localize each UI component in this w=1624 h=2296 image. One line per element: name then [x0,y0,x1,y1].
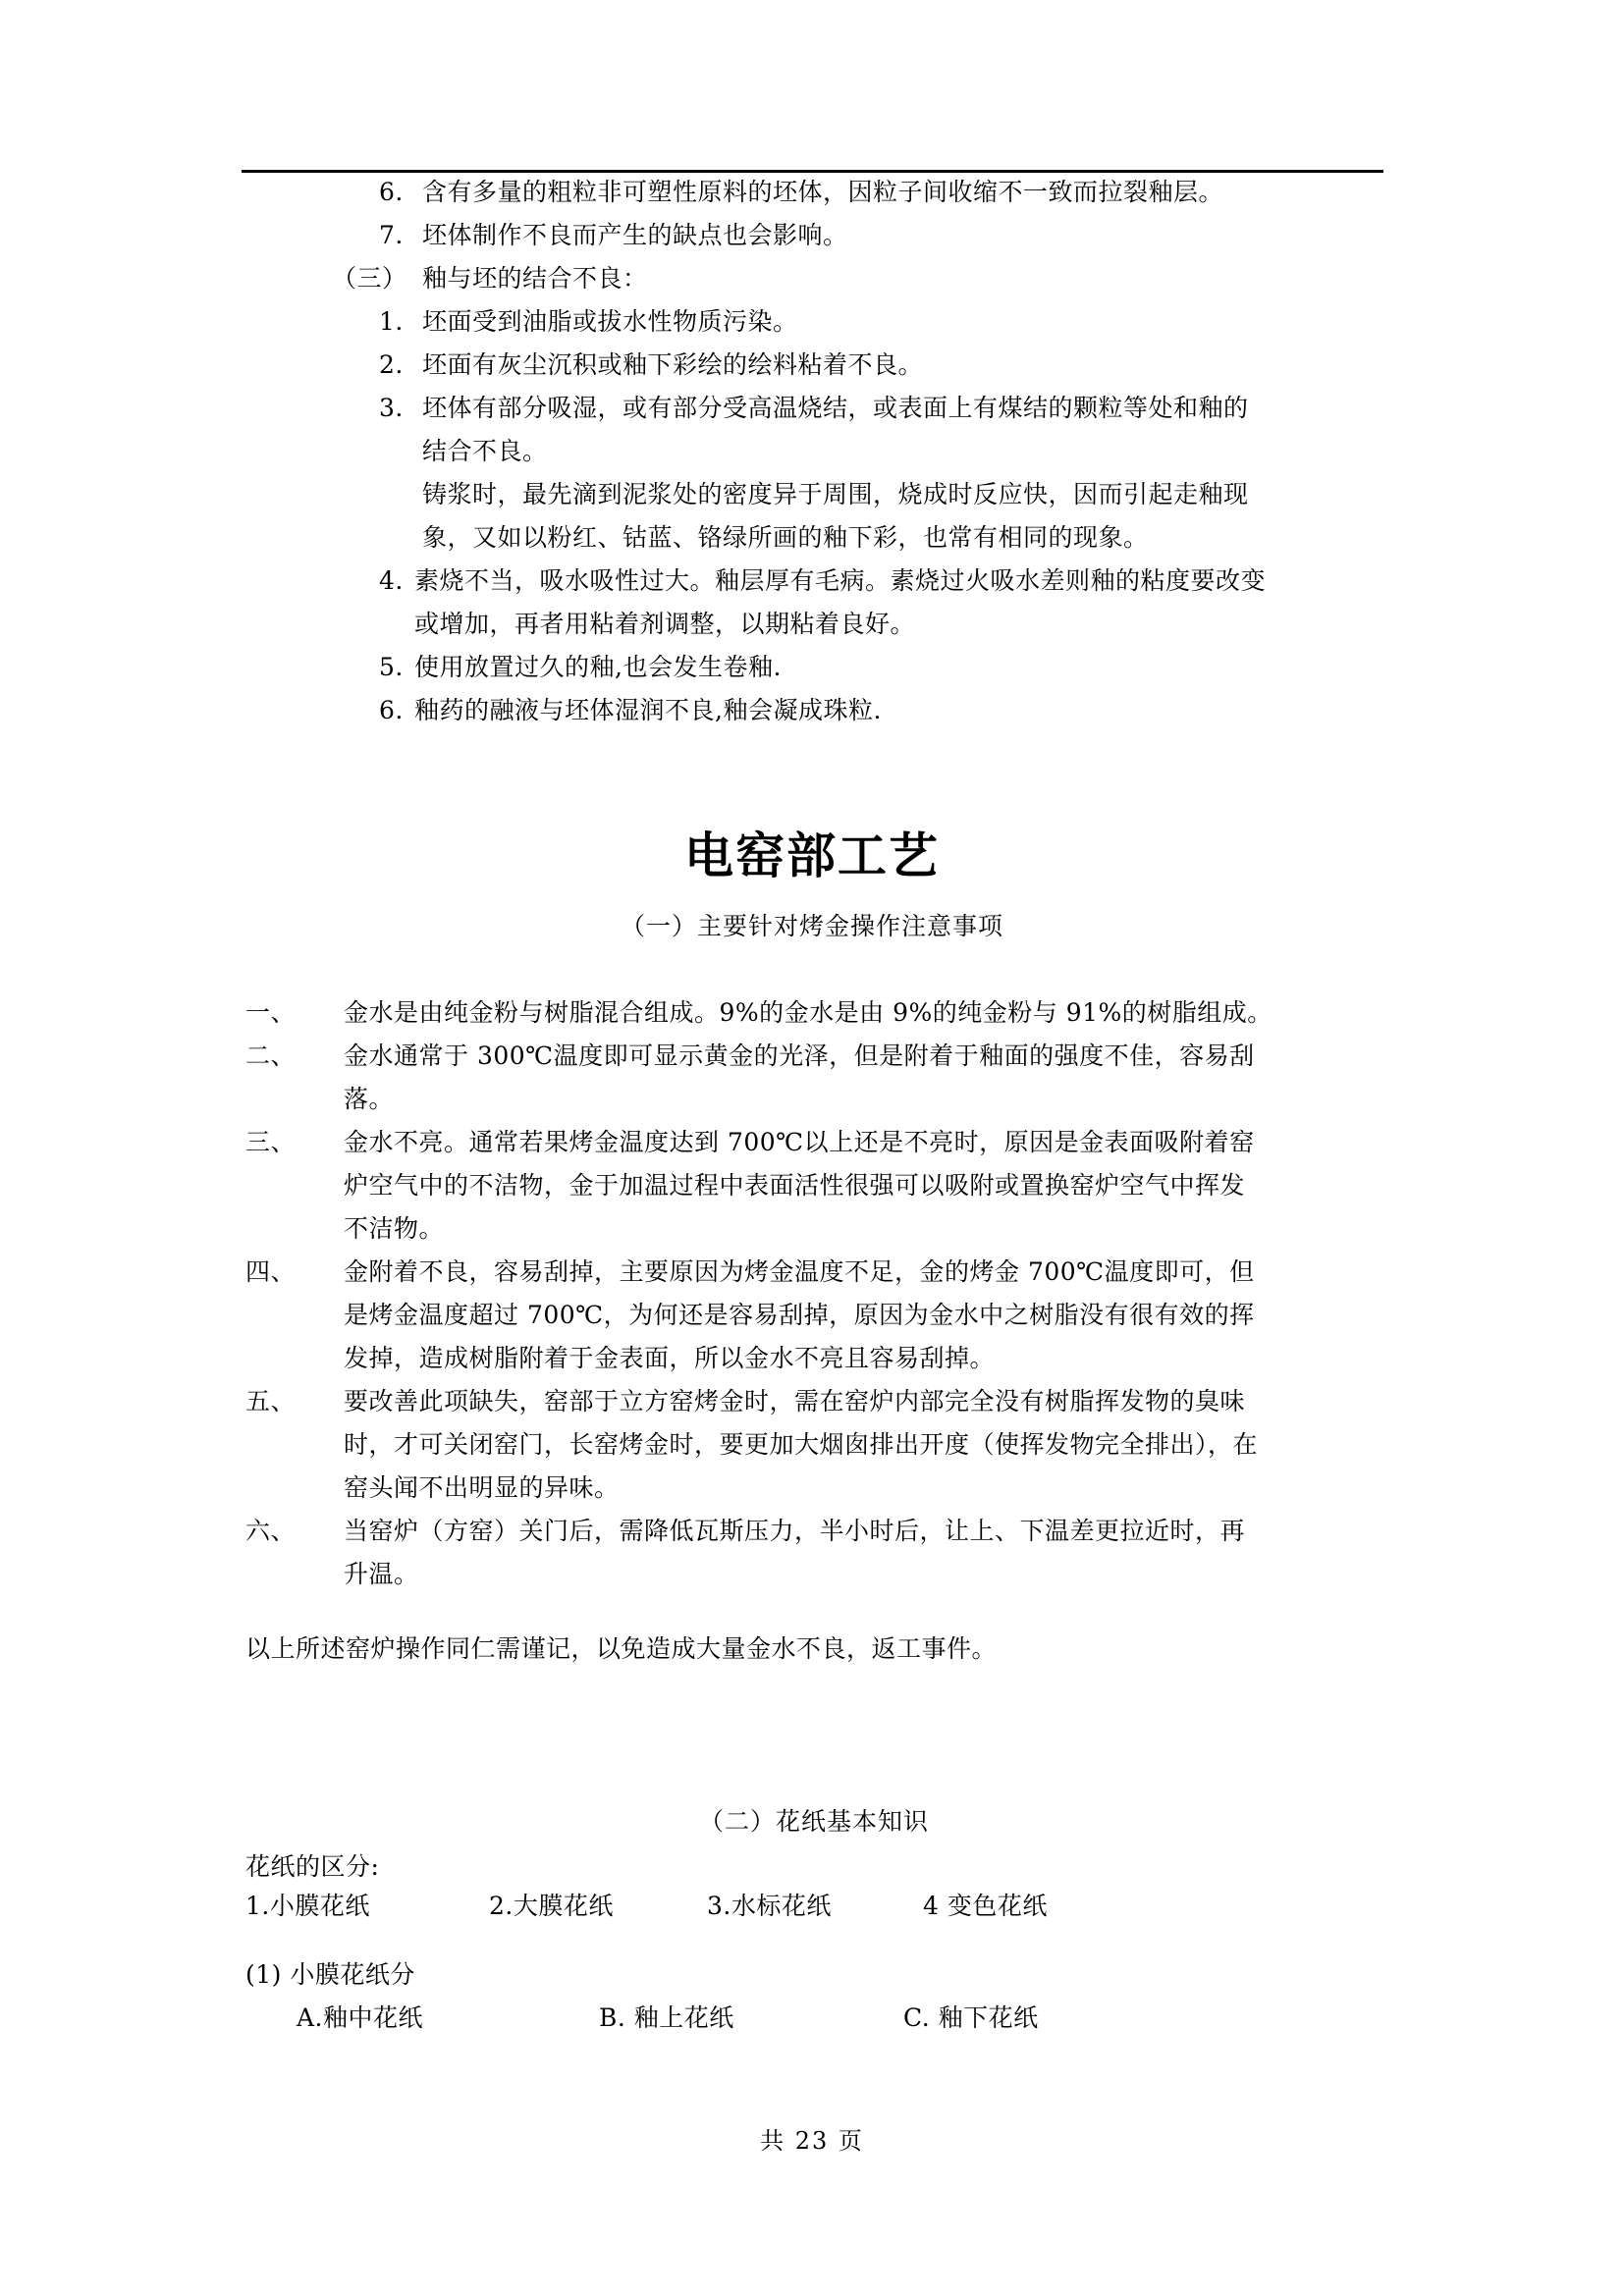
item-text-continuation: 是烤金温度超过 700℃，为何还是容易刮掉，原因为金水中之树脂没有很有效的挥 [344,1300,1255,1331]
list-text: 使用放置过久的釉,也会发生卷釉. [414,653,782,681]
numbered-item: 二、金水通常于 300℃温度即可显示黄金的光泽，但是附着于釉面的强度不佳，容易刮 [245,1041,1255,1072]
list-text: 釉药的融液与坯体湿润不良,釉会凝成珠粒. [414,696,882,724]
classification-label: 花纸的区分: [245,1851,379,1883]
list-item: 6.含有多量的粗粒非可塑性原料的坯体，因粒子间收缩不一致而拉裂釉层。 [379,177,1223,208]
closing-note: 以上所述窑炉操作同仁需谨记，以免造成大量金水不良，返工事件。 [245,1633,997,1665]
list-item: 7.坯体制作不良而产生的缺点也会影响。 [379,220,848,251]
list-text: 坯面受到油脂或拔水性物质污染。 [422,307,798,336]
item-text: 金水不亮。通常若果烤金温度达到 700℃以上还是不亮时，原因是金表面吸附着窑 [344,1128,1255,1156]
item-marker: 六、 [245,1516,344,1547]
decal-type: 4 变色花纸 [923,1891,1048,1922]
list-number: 4. [379,565,414,597]
list-number: 6. [379,177,422,208]
item-text-continuation: 时，才可关闭窑门，长窑烤金时，要更加大烟囱排出开度（使挥发物完全排出），在 [344,1429,1258,1461]
numbered-item: 一、金水是由纯金粉与树脂混合组成。9%的金水是由 9%的纯金粉与 91%的树脂组… [245,997,1272,1029]
item-marker: 四、 [245,1256,344,1288]
decal-type: 1.小膜花纸 [245,1891,370,1922]
page-title: 电窑部工艺 [0,827,1624,885]
item-text-continuation: 落。 [344,1084,394,1115]
item-text-continuation: 窑头闻不出明显的异味。 [344,1472,620,1504]
document-page: 6.含有多量的粗粒非可塑性原料的坯体，因粒子间收缩不一致而拉裂釉层。 7.坯体制… [0,0,1624,2296]
list-text: 坯体有部分吸湿，或有部分受高温烧结，或表面上有煤结的颗粒等处和釉的 [422,394,1249,422]
list-number: 3. [379,393,422,424]
item-text: 金水通常于 300℃温度即可显示黄金的光泽，但是附着于釉面的强度不佳，容易刮 [344,1041,1255,1070]
item-text-continuation: 炉空气中的不洁物，金于加温过程中表面活性很强可以吸附或置换窑炉空气中挥发 [344,1170,1245,1201]
item-text: 金附着不良，容易刮掉，主要原因为烤金温度不足，金的烤金 700℃温度即可，但 [344,1257,1255,1286]
small-film-label: (1) 小膜花纸分 [245,1959,415,1991]
section-heading: （三）釉与坯的结合不良： [332,263,648,294]
numbered-item: 五、要改善此项缺失，窑部于立方窑烤金时，需在窑炉内部完全没有树脂挥发物的臭味 [245,1386,1245,1417]
item-text: 当窑炉（方窑）关门后，需降低瓦斯压力，半小时后，让上、下温差更拉近时，再 [344,1517,1245,1545]
small-film-type: B. 釉上花纸 [599,2002,734,2034]
list-item: 6.釉药的融液与坯体湿润不良,釉会凝成珠粒. [379,695,882,726]
list-text-continuation: 结合不良。 [422,436,548,467]
list-number: 5. [379,652,414,683]
page-footer: 共 23 页 [0,2126,1624,2156]
small-film-type: A.釉中花纸 [297,2002,423,2034]
section-marker: （三） [332,263,422,294]
numbered-item: 三、金水不亮。通常若果烤金温度达到 700℃以上还是不亮时，原因是金表面吸附着窑 [245,1127,1255,1158]
item-marker: 三、 [245,1127,344,1158]
item-marker: 二、 [245,1041,344,1072]
list-item: 2.坯面有灰尘沉积或釉下彩绘的绘料粘着不良。 [379,349,923,381]
item-text-continuation: 不洁物。 [344,1213,444,1245]
list-text: 素烧不当，吸水吸性过大。釉层厚有毛病。素烧过火吸水差则釉的粘度要改变 [414,566,1266,595]
item-text: 金水是由纯金粉与树脂混合组成。9%的金水是由 9%的纯金粉与 91%的树脂组成。 [344,998,1272,1027]
item-text-continuation: 升温。 [344,1559,419,1590]
section-subtitle: （一）主要针对烤金操作注意事项 [0,911,1624,942]
decal-type: 2.大膜花纸 [489,1891,614,1922]
numbered-item: 四、金附着不良，容易刮掉，主要原因为烤金温度不足，金的烤金 700℃温度即可，但 [245,1256,1255,1288]
decal-type: 3.水标花纸 [707,1891,832,1922]
list-text-continuation: 铸浆时，最先滴到泥浆处的密度异于周围，烧成时反应快，因而引起走釉现 [422,479,1249,510]
list-text: 坯面有灰尘沉积或釉下彩绘的绘料粘着不良。 [422,350,923,379]
list-text: 含有多量的粗粒非可塑性原料的坯体，因粒子间收缩不一致而拉裂釉层。 [422,178,1223,206]
list-text: 坯体制作不良而产生的缺点也会影响。 [422,221,848,249]
item-text: 要改善此项缺失，窑部于立方窑烤金时，需在窑炉内部完全没有树脂挥发物的臭味 [344,1387,1245,1415]
list-text-continuation: 象，又如以粉红、钴蓝、铬绿所画的釉下彩，也常有相同的现象。 [422,522,1149,554]
item-marker: 五、 [245,1386,344,1417]
list-number: 2. [379,349,422,381]
numbered-item: 六、当窑炉（方窑）关门后，需降低瓦斯压力，半小时后，让上、下温差更拉近时，再 [245,1516,1245,1547]
section-subtitle: （二）花纸基本知识 [699,1806,929,1838]
list-item: 1.坯面受到油脂或拔水性物质污染。 [379,306,798,338]
list-text-continuation: 或增加，再者用粘着剂调整，以期粘着良好。 [414,609,915,640]
header-rule [242,170,1383,173]
list-item: 3.坯体有部分吸湿，或有部分受高温烧结，或表面上有煤结的颗粒等处和釉的 [379,393,1249,424]
item-text-continuation: 发掉，造成树脂附着于金表面，所以金水不亮且容易刮掉。 [344,1343,995,1374]
list-item: 5.使用放置过久的釉,也会发生卷釉. [379,652,782,683]
item-marker: 一、 [245,997,344,1029]
list-number: 1. [379,306,422,338]
list-item: 4.素烧不当，吸水吸性过大。釉层厚有毛病。素烧过火吸水差则釉的粘度要改变 [379,565,1266,597]
small-film-type: C. 釉下花纸 [903,2002,1039,2034]
list-number: 6. [379,695,414,726]
list-number: 7. [379,220,422,251]
section-heading-text: 釉与坯的结合不良： [422,264,648,293]
